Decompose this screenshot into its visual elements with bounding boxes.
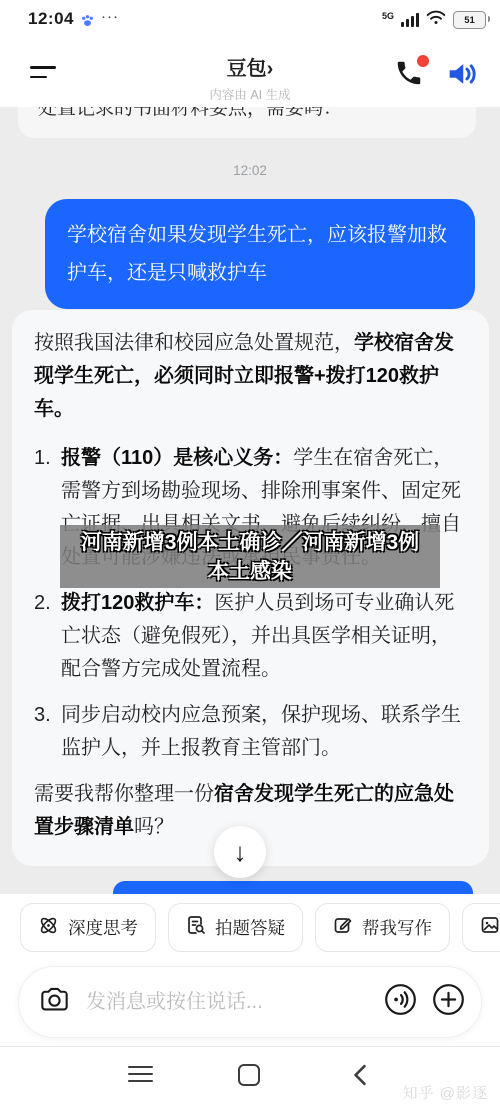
- edit-icon: [333, 915, 353, 940]
- wifi-icon: [426, 10, 446, 30]
- signal-bars-icon: [401, 13, 419, 27]
- status-time: 12:04: [28, 9, 74, 29]
- message-input[interactable]: [84, 990, 384, 1015]
- chip-deep-thinking[interactable]: 深度思考: [20, 903, 156, 952]
- bottom-sheet: 深度思考 拍题答疑 帮我写作: [0, 894, 500, 1111]
- ai-list-item-2: 2. 拨打120救护车：医护人员到场可专业确认死亡状态（避免假死），并出具医学相…: [34, 587, 467, 686]
- app-header: 豆包› 内容由 AI 生成: [0, 40, 500, 107]
- chip-photo-qa[interactable]: 拍题答疑: [168, 903, 303, 952]
- chip-ai-image[interactable]: AI 生图: [462, 903, 500, 952]
- speaker-button[interactable]: [446, 59, 480, 91]
- page-title: 豆包: [227, 58, 267, 80]
- top-bar: 12:04 ··· 5G 51 豆包› 内容由 AI 生成: [0, 0, 500, 107]
- nav-menu-button[interactable]: [128, 1066, 153, 1083]
- watermark-line-1: 河南新增3例本土确诊／河南新增3例: [81, 528, 419, 557]
- next-user-message-peek: [113, 881, 473, 895]
- voice-wave-icon[interactable]: [384, 983, 417, 1021]
- atom-icon: [38, 915, 59, 941]
- nav-home-button[interactable]: [238, 1064, 260, 1086]
- notification-dots: ···: [101, 8, 119, 25]
- ai-list-item-3: 3. 同步启动校内应急预案，保护现场、联系学生监护人，并上报教育主管部门。: [34, 699, 467, 765]
- image-icon: [480, 915, 500, 940]
- nav-back-button[interactable]: [352, 1064, 368, 1091]
- voice-call-button[interactable]: [394, 58, 428, 92]
- ai-message-bubble: 按照我国法律和校园应急处置规范，学校宿舍发现学生死亡，必须同时立即报警+拨打12…: [12, 310, 489, 866]
- chevron-right-icon: ›: [267, 58, 274, 80]
- message-timestamp: 12:02: [0, 163, 500, 178]
- news-watermark-overlay: 河南新增3例本土确诊／河南新增3例 本土感染: [60, 525, 440, 588]
- message-input-bar: [18, 966, 482, 1038]
- nav-divider: [0, 1046, 500, 1047]
- notification-dot: [417, 55, 429, 67]
- down-arrow-icon: ↓: [234, 839, 247, 865]
- quick-action-chips: 深度思考 拍题答疑 帮我写作: [20, 903, 500, 952]
- camera-icon[interactable]: [39, 986, 70, 1018]
- paw-notification-icon: [80, 13, 95, 33]
- ai-intro-paragraph: 按照我国法律和校园应急处置规范，学校宿舍发现学生死亡，必须同时立即报警+拨打12…: [34, 327, 467, 426]
- plus-icon[interactable]: [432, 983, 465, 1021]
- network-5g-label: 5G: [382, 11, 394, 21]
- doc-search-icon: [186, 915, 206, 940]
- status-bar: 12:04 ··· 5G 51: [0, 0, 500, 40]
- user-message-bubble: 学校宿舍如果发现学生死亡，应该报警加救护车，还是只喊救护车: [45, 199, 475, 309]
- chip-help-write[interactable]: 帮我写作: [315, 903, 450, 952]
- scroll-to-bottom-button[interactable]: ↓: [214, 826, 266, 878]
- watermark-line-2: 本土感染: [208, 557, 292, 586]
- battery-icon: 51: [453, 11, 486, 29]
- zhihu-watermark: 知乎 @影逐: [403, 1082, 488, 1103]
